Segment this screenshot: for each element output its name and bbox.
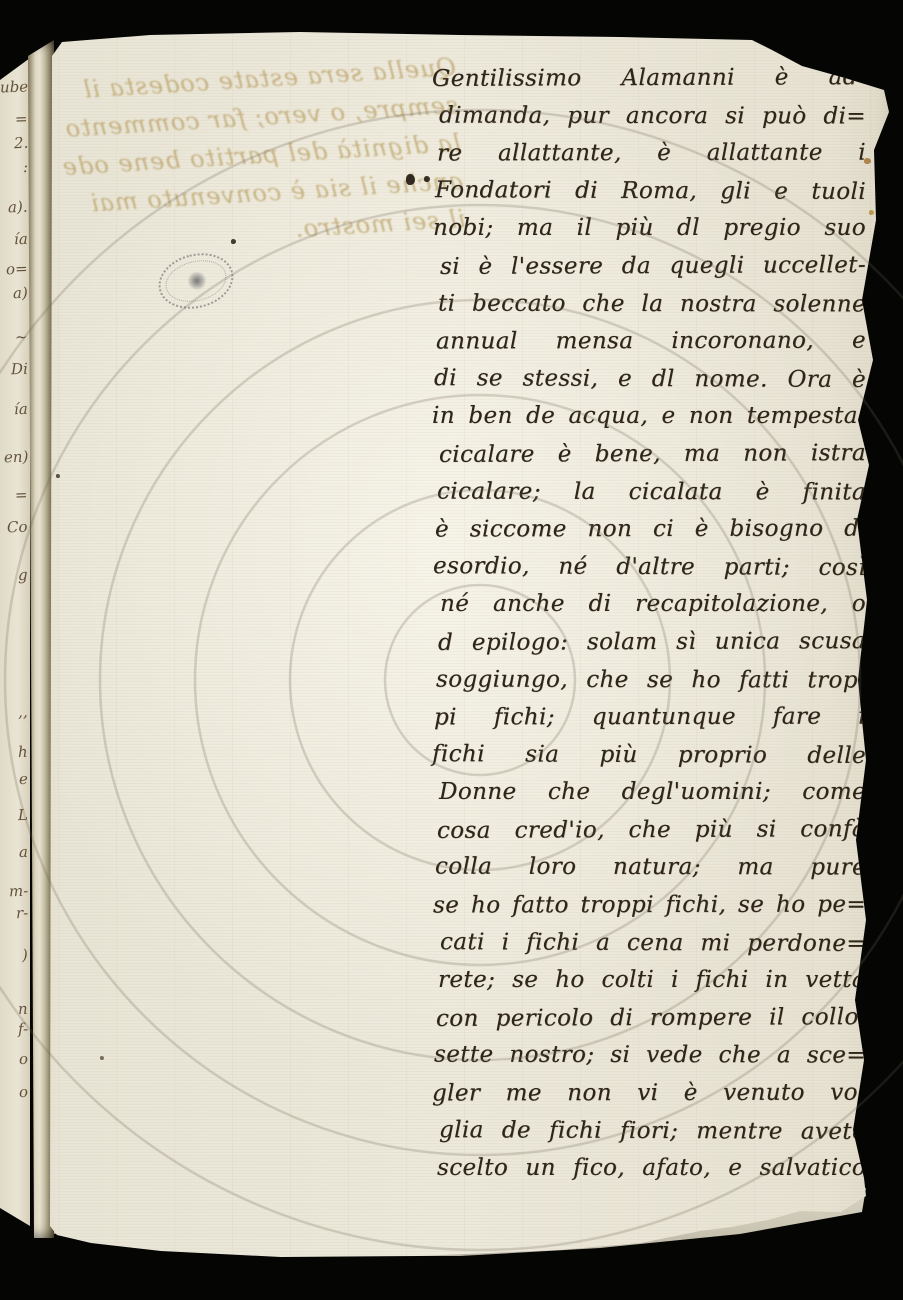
facing-page-text-fragment: : bbox=[23, 158, 29, 176]
manuscript-line: glia de fichi fiori; mentre avete bbox=[439, 1112, 866, 1151]
facing-page-text-fragment: Di bbox=[11, 360, 28, 379]
ink-speck bbox=[406, 174, 415, 185]
manuscript-line: se ho fatto troppi fichi, se ho pe= bbox=[433, 887, 866, 926]
facing-page-text-fragment: en) bbox=[3, 448, 28, 467]
verso-ink-showthrough: Quella sera estate codesta ilsempre, o v… bbox=[56, 48, 469, 292]
ink-speck bbox=[864, 158, 871, 164]
manuscript-line: scelto un fico, afato, e salvatico bbox=[437, 1150, 866, 1188]
facing-page-text-fragment: e bbox=[19, 770, 29, 788]
manuscript-line: ti beccato che la nostra solenne bbox=[438, 285, 866, 323]
manuscript-line: d epilogo: solam sì unica scusa bbox=[438, 623, 866, 662]
manuscript-line: pi fichi; quantunque fare i bbox=[434, 699, 866, 737]
manuscript-line: in ben de acqua, e non tempesta: bbox=[432, 398, 866, 436]
facing-page-text-fragment: m- bbox=[8, 882, 28, 901]
facing-page-text-fragment: o bbox=[19, 1083, 29, 1101]
ink-speck bbox=[231, 239, 236, 244]
ink-speck bbox=[424, 176, 430, 182]
facing-page-text-fragment: L bbox=[18, 806, 29, 824]
facing-page-text-fragment: ,, bbox=[18, 703, 28, 721]
facing-page-text-fragment: Co bbox=[7, 518, 28, 537]
manuscript-line: Fondatori di Roma, gli e tuoli bbox=[435, 172, 866, 211]
facing-page-text-fragment: o bbox=[19, 1050, 29, 1068]
facing-page-edge: ube=2.:a).íao=a)~Diíaen)=Cog,,heLam-r-)n… bbox=[0, 58, 30, 1230]
manuscript-line: cosa cred'io, che più si confà bbox=[437, 811, 866, 850]
manuscript-line: re allattante, è allattante i bbox=[437, 135, 866, 173]
manuscript-line: fichi sia più proprio delle bbox=[432, 736, 866, 775]
manuscript-page: Quella sera estate codesta ilsempre, o v… bbox=[0, 0, 903, 1300]
manuscript-line: cati i fichi a cena mi perdone= bbox=[440, 924, 866, 963]
facing-page-text-fragment: a bbox=[19, 843, 29, 861]
facing-page-text-fragment: ía bbox=[14, 400, 28, 418]
manuscript-text-block: Gentilissimo Alamanni è ad-dimanda, pur … bbox=[436, 60, 866, 1188]
facing-page-text-fragment: a). bbox=[8, 198, 28, 217]
facing-page-text-fragment: n bbox=[18, 1000, 28, 1018]
manuscript-line: sette nostro; si vede che a sce= bbox=[434, 1037, 866, 1075]
facing-page-text-fragment: = bbox=[15, 486, 28, 504]
scanned-manuscript: ube=2.:a).íao=a)~Diíaen)=Cog,,heLam-r-)n… bbox=[0, 0, 903, 1300]
facing-page-text-fragment: ) bbox=[22, 946, 28, 964]
manuscript-line: cicalare è bene, ma non istra bbox=[439, 435, 866, 474]
manuscript-line: Donne che degl'uomini; come bbox=[439, 774, 866, 812]
manuscript-line: si è l'essere da quegli uccellet- bbox=[440, 247, 866, 286]
manuscript-line: Gentilissimo Alamanni è ad- bbox=[432, 59, 866, 98]
ink-speck bbox=[56, 474, 60, 478]
facing-page-text-fragment: a) bbox=[13, 284, 28, 303]
manuscript-line: cicalare; la cicalata è finita bbox=[437, 473, 866, 511]
facing-page-text-fragment: h bbox=[18, 743, 28, 761]
ink-speck bbox=[869, 210, 874, 215]
manuscript-line: nobi; ma il più dl pregio suo bbox=[433, 210, 866, 248]
facing-page-text-fragment: ube bbox=[0, 78, 28, 97]
ink-speck bbox=[100, 1056, 104, 1060]
manuscript-line: colla loro natura; ma pure bbox=[435, 849, 866, 887]
manuscript-line: rete; se ho colti i fichi in vetta bbox=[438, 962, 866, 1000]
facing-page-text-fragment: f- bbox=[18, 1020, 29, 1038]
facing-page-text-fragment: ía bbox=[14, 230, 28, 248]
manuscript-line: né anche di recapitolazione, o bbox=[440, 586, 866, 624]
manuscript-line: con pericolo di rompere il collo. bbox=[436, 999, 866, 1038]
facing-page-text-fragment: = bbox=[15, 110, 28, 128]
manuscript-line: soggiungo, che se ho fatti trop- bbox=[436, 661, 866, 699]
manuscript-line: è siccome non ci è bisogno d' bbox=[435, 511, 866, 549]
manuscript-line: esordio, né d'altre parti; così bbox=[433, 548, 866, 587]
facing-page-text-fragment: ~ bbox=[15, 328, 28, 346]
binding-spine-fold bbox=[28, 40, 54, 1238]
manuscript-line: dimanda, pur ancora si può di= bbox=[439, 97, 866, 135]
facing-page-text-fragment: 2. bbox=[13, 134, 28, 152]
facing-page-text-fragment: g bbox=[18, 566, 28, 584]
manuscript-line: di se stessi, e dl nome. Ora è bbox=[434, 360, 866, 399]
facing-page-text-fragment: o= bbox=[6, 260, 28, 279]
facing-page-text-fragment: r- bbox=[15, 904, 28, 922]
manuscript-line: gler me non vi è venuto vo- bbox=[432, 1075, 866, 1114]
manuscript-line: annual mensa incoronano, e bbox=[436, 323, 866, 361]
